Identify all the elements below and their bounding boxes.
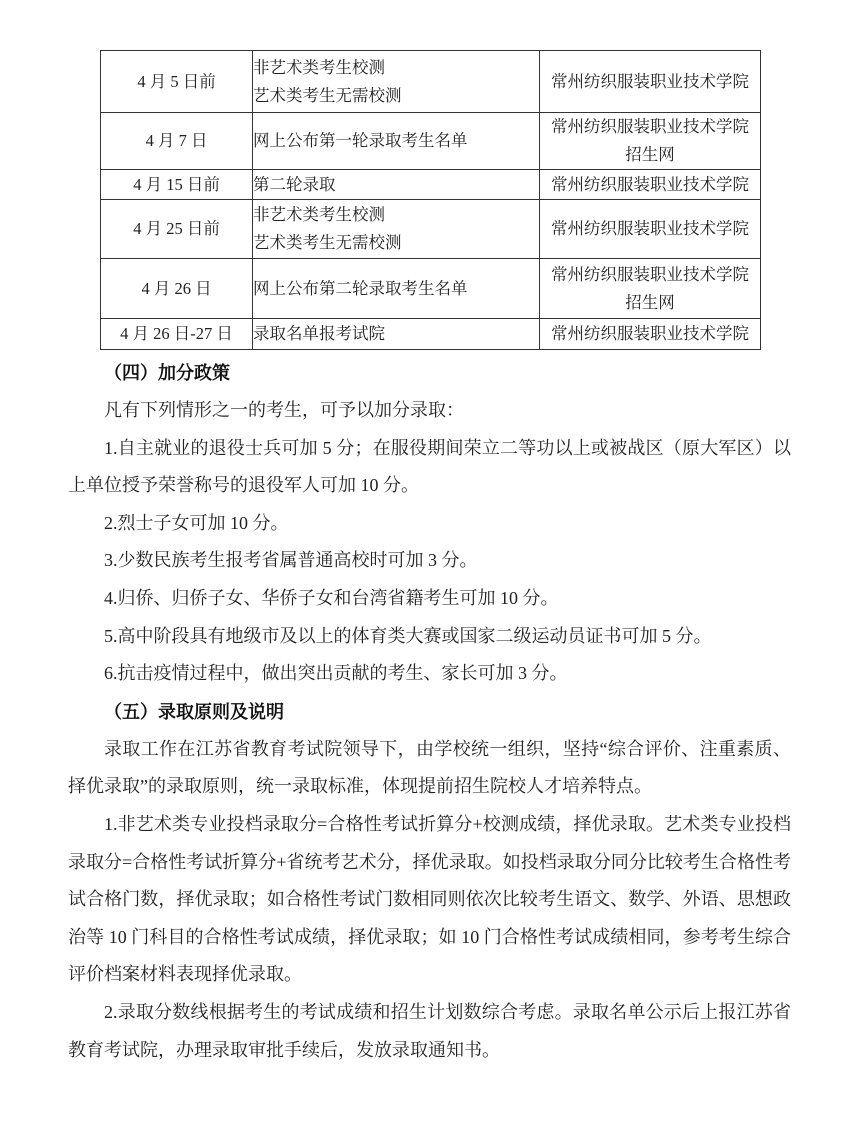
event-line: 非艺术类考生校测: [253, 201, 539, 229]
event-line: 艺术类考生无需校测: [253, 82, 539, 110]
event-line: 非艺术类考生校测: [253, 54, 539, 82]
location-line: 常州纺织服装职业技术学院: [540, 215, 760, 243]
admission-schedule-table: 4 月 5 日前 非艺术类考生校测 艺术类考生无需校测 常州纺织服装职业技术学院…: [100, 50, 761, 350]
date-text: 4 月 26 日: [101, 275, 252, 303]
location-line: 常州纺织服装职业技术学院: [540, 320, 760, 348]
paragraph: 4.归侨、归侨子女、华侨子女和台湾省籍考生可加 10 分。: [68, 580, 791, 618]
event-line: 第二轮录取: [253, 171, 539, 199]
location-cell: 常州纺织服装职业技术学院 招生网: [540, 259, 761, 319]
paragraph: 2.录取分数线根据考生的考试成绩和招生计划数综合考虑。录取名单公示后上报江苏省教…: [68, 994, 791, 1069]
date-text: 4 月 15 日前: [101, 171, 252, 199]
event-cell: 网上公布第一轮录取考生名单: [253, 113, 540, 170]
location-line: 常州纺织服装职业技术学院: [540, 68, 760, 96]
paragraph: 录取工作在江苏省教育考试院领导下，由学校统一组织，坚持“综合评价、注重素质、择优…: [68, 731, 791, 806]
event-cell: 录取名单报考试院: [253, 319, 540, 350]
section-heading-bonus-policy: （四）加分政策: [68, 354, 791, 392]
location-line: 常州纺织服装职业技术学院: [540, 171, 760, 199]
table-row: 4 月 25 日前 非艺术类考生校测 艺术类考生无需校测 常州纺织服装职业技术学…: [101, 200, 761, 259]
date-cell: 4 月 25 日前: [101, 200, 253, 259]
table-row: 4 月 26 日 网上公布第二轮录取考生名单 常州纺织服装职业技术学院 招生网: [101, 259, 761, 319]
event-cell: 第二轮录取: [253, 170, 540, 200]
paragraph: 凡有下列情形之一的考生，可予以加分录取：: [68, 392, 791, 430]
table-row: 4 月 26 日-27 日 录取名单报考试院 常州纺织服装职业技术学院: [101, 319, 761, 350]
event-line: 艺术类考生无需校测: [253, 229, 539, 257]
document-body: （四）加分政策 凡有下列情形之一的考生，可予以加分录取： 1.自主就业的退役士兵…: [68, 354, 791, 1069]
paragraph: 6.抗击疫情过程中，做出突出贡献的考生、家长可加 3 分。: [68, 655, 791, 693]
date-cell: 4 月 7 日: [101, 113, 253, 170]
event-line: 录取名单报考试院: [253, 320, 539, 348]
date-text: 4 月 25 日前: [101, 215, 252, 243]
date-cell: 4 月 26 日-27 日: [101, 319, 253, 350]
date-cell: 4 月 15 日前: [101, 170, 253, 200]
date-text: 4 月 7 日: [101, 127, 252, 155]
table-row: 4 月 7 日 网上公布第一轮录取考生名单 常州纺织服装职业技术学院 招生网: [101, 113, 761, 170]
location-line: 招生网: [540, 141, 760, 169]
location-line: 常州纺织服装职业技术学院: [540, 261, 760, 289]
table-row: 4 月 5 日前 非艺术类考生校测 艺术类考生无需校测 常州纺织服装职业技术学院: [101, 51, 761, 113]
location-cell: 常州纺织服装职业技术学院: [540, 170, 761, 200]
location-cell: 常州纺织服装职业技术学院: [540, 51, 761, 113]
date-text: 4 月 26 日-27 日: [101, 320, 252, 348]
document-page: 4 月 5 日前 非艺术类考生校测 艺术类考生无需校测 常州纺织服装职业技术学院…: [0, 0, 863, 1126]
location-cell: 常州纺织服装职业技术学院: [540, 200, 761, 259]
event-cell: 非艺术类考生校测 艺术类考生无需校测: [253, 51, 540, 113]
paragraph: 1.自主就业的退役士兵可加 5 分；在服役期间荣立二等功以上或被战区（原大军区）…: [68, 430, 791, 505]
table-row: 4 月 15 日前 第二轮录取 常州纺织服装职业技术学院: [101, 170, 761, 200]
paragraph: 1.非艺术类专业投档录取分=合格性考试折算分+校测成绩，择优录取。艺术类专业投档…: [68, 806, 791, 994]
event-line: 网上公布第一轮录取考生名单: [253, 127, 539, 155]
event-line: 网上公布第二轮录取考生名单: [253, 275, 539, 303]
event-cell: 网上公布第二轮录取考生名单: [253, 259, 540, 319]
date-cell: 4 月 26 日: [101, 259, 253, 319]
date-text: 4 月 5 日前: [101, 68, 252, 96]
event-cell: 非艺术类考生校测 艺术类考生无需校测: [253, 200, 540, 259]
paragraph: 2.烈士子女可加 10 分。: [68, 505, 791, 543]
location-line: 常州纺织服装职业技术学院: [540, 113, 760, 141]
location-line: 招生网: [540, 289, 760, 317]
paragraph: 3.少数民族考生报考省属普通高校时可加 3 分。: [68, 542, 791, 580]
section-heading-admission-principles: （五）录取原则及说明: [68, 693, 791, 731]
date-cell: 4 月 5 日前: [101, 51, 253, 113]
location-cell: 常州纺织服装职业技术学院 招生网: [540, 113, 761, 170]
paragraph: 5.高中阶段具有地级市及以上的体育类大赛或国家二级运动员证书可加 5 分。: [68, 618, 791, 656]
location-cell: 常州纺织服装职业技术学院: [540, 319, 761, 350]
